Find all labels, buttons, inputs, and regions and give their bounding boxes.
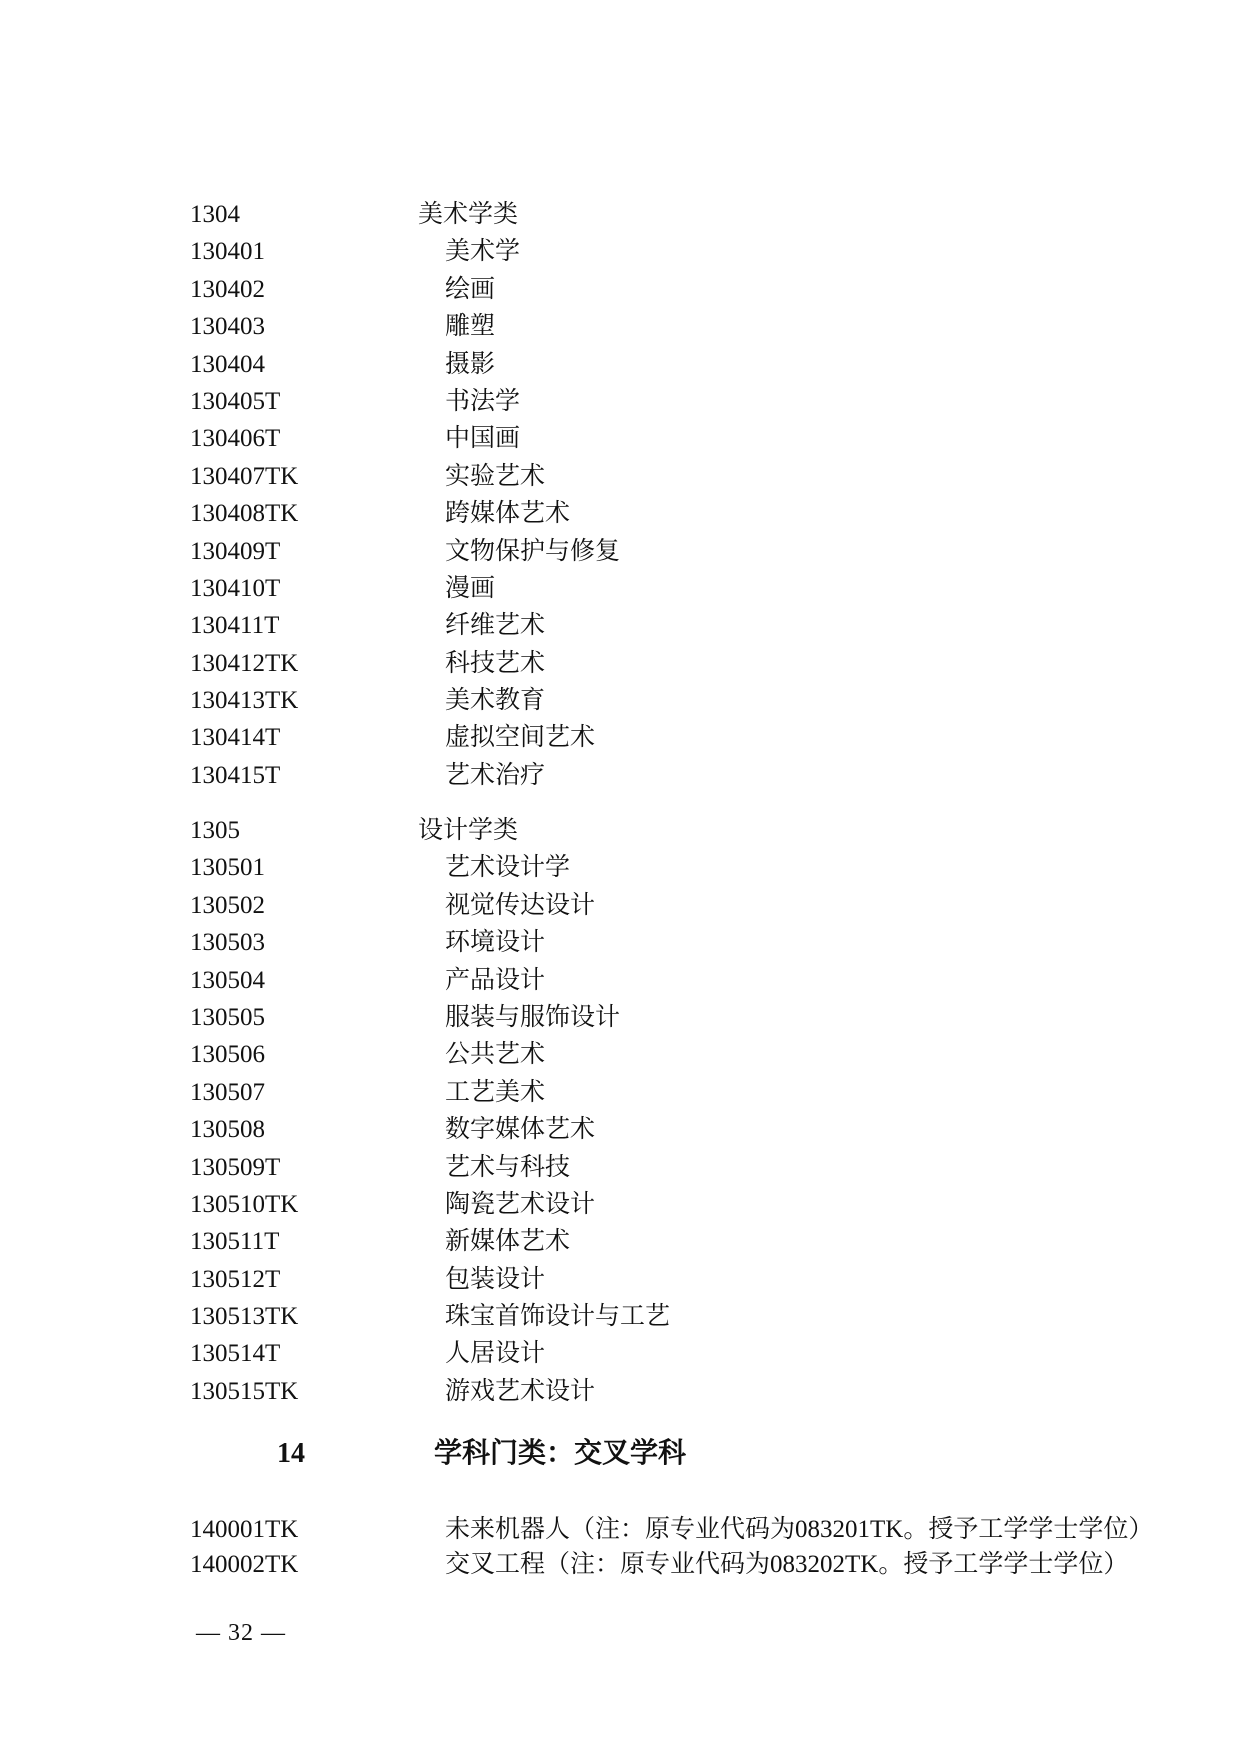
major-name: 产品设计 xyxy=(445,967,545,994)
major-name: 新媒体艺术 xyxy=(445,1228,570,1255)
major-category-section: 1305设计学类130501艺术设计学130502视觉传达设计130503环境设… xyxy=(0,812,1241,1410)
category-name: 设计学类 xyxy=(418,817,518,844)
major-code: 130406T xyxy=(190,420,445,457)
major-name: 未来机器人（注：原专业代码为083201TK。授予工学学士学位） xyxy=(445,1516,1153,1543)
major-code: 130509T xyxy=(190,1149,445,1186)
major-code: 130403 xyxy=(190,308,445,345)
major-row: 130413TK美术教育 xyxy=(0,682,1241,719)
major-code: 130404 xyxy=(190,346,445,383)
major-row: 130511T新媒体艺术 xyxy=(0,1223,1241,1260)
major-row: 130513TK珠宝首饰设计与工艺 xyxy=(0,1298,1241,1335)
major-name: 交叉工程（注：原专业代码为083202TK。授予工学学士学位） xyxy=(445,1551,1128,1578)
major-name: 纤维艺术 xyxy=(445,612,545,639)
major-row: 130504产品设计 xyxy=(0,962,1241,999)
major-code: 130411T xyxy=(190,607,445,644)
major-name: 公共艺术 xyxy=(445,1041,545,1068)
major-code: 130506 xyxy=(190,1036,445,1073)
major-row: 130404摄影 xyxy=(0,346,1241,383)
major-name: 书法学 xyxy=(445,388,520,415)
major-code: 130407TK xyxy=(190,458,445,495)
major-code: 130408TK xyxy=(190,495,445,532)
major-row: 130501艺术设计学 xyxy=(0,849,1241,886)
discipline-title: 学科门类：交叉学科 xyxy=(434,1438,686,1469)
major-code: 130515TK xyxy=(190,1373,445,1410)
major-row: 130409T文物保护与修复 xyxy=(0,533,1241,570)
major-code: 130504 xyxy=(190,962,445,999)
major-code: 130513TK xyxy=(190,1298,445,1335)
major-name: 文物保护与修复 xyxy=(445,538,620,565)
major-row: 130512T包装设计 xyxy=(0,1261,1241,1298)
major-code: 130502 xyxy=(190,887,445,924)
major-row: 130510TK陶瓷艺术设计 xyxy=(0,1186,1241,1223)
major-code: 130413TK xyxy=(190,682,445,719)
discipline-code: 14 xyxy=(277,1434,427,1474)
major-row: 130407TK实验艺术 xyxy=(0,458,1241,495)
major-code: 130508 xyxy=(190,1111,445,1148)
interdisciplinary-major-row: 140001TK未来机器人（注：原专业代码为083201TK。授予工学学士学位） xyxy=(0,1512,1241,1547)
major-name: 人居设计 xyxy=(445,1340,545,1367)
major-name: 服装与服饰设计 xyxy=(445,1004,620,1031)
major-row: 130509T艺术与科技 xyxy=(0,1149,1241,1186)
major-name: 科技艺术 xyxy=(445,650,545,677)
major-row: 130411T纤维艺术 xyxy=(0,607,1241,644)
major-name: 实验艺术 xyxy=(445,463,545,490)
major-code: 130507 xyxy=(190,1074,445,1111)
major-name: 摄影 xyxy=(445,351,495,378)
major-name: 雕塑 xyxy=(445,313,495,340)
category-code: 1305 xyxy=(190,812,418,849)
major-row: 130514T人居设计 xyxy=(0,1335,1241,1372)
major-code: 130514T xyxy=(190,1335,445,1372)
major-row: 130401美术学 xyxy=(0,233,1241,270)
major-code: 130512T xyxy=(190,1261,445,1298)
major-row: 130506公共艺术 xyxy=(0,1036,1241,1073)
major-code: 130402 xyxy=(190,271,445,308)
major-code: 130414T xyxy=(190,719,445,756)
major-row: 130507工艺美术 xyxy=(0,1074,1241,1111)
major-code: 130401 xyxy=(190,233,445,270)
major-name: 工艺美术 xyxy=(445,1079,545,1106)
major-code: 130405T xyxy=(190,383,445,420)
major-row: 130408TK跨媒体艺术 xyxy=(0,495,1241,532)
major-code: 130410T xyxy=(190,570,445,607)
major-row: 130505服装与服饰设计 xyxy=(0,999,1241,1036)
category-name: 美术学类 xyxy=(418,201,518,228)
category-row: 1304美术学类 xyxy=(0,196,1241,233)
major-name: 艺术与科技 xyxy=(445,1154,570,1181)
major-code: 130505 xyxy=(190,999,445,1036)
major-code: 140002TK xyxy=(190,1547,445,1582)
major-row: 130405T书法学 xyxy=(0,383,1241,420)
major-row: 130508数字媒体艺术 xyxy=(0,1111,1241,1148)
major-code: 130511T xyxy=(190,1223,445,1260)
category-code: 1304 xyxy=(190,196,418,233)
major-row: 130515TK游戏艺术设计 xyxy=(0,1373,1241,1410)
major-name: 艺术治疗 xyxy=(445,762,545,789)
major-code: 130503 xyxy=(190,924,445,961)
major-code: 130501 xyxy=(190,849,445,886)
major-name: 数字媒体艺术 xyxy=(445,1116,595,1143)
major-code: 130510TK xyxy=(190,1186,445,1223)
major-name: 包装设计 xyxy=(445,1266,545,1293)
major-row: 130502视觉传达设计 xyxy=(0,887,1241,924)
major-name: 环境设计 xyxy=(445,929,545,956)
major-category-section: 1304美术学类130401美术学130402绘画130403雕塑130404摄… xyxy=(0,196,1241,794)
major-name: 绘画 xyxy=(445,276,495,303)
major-code: 130415T xyxy=(190,757,445,794)
major-name: 虚拟空间艺术 xyxy=(445,724,595,751)
major-row: 130403雕塑 xyxy=(0,308,1241,345)
major-name: 游戏艺术设计 xyxy=(445,1378,595,1405)
major-row: 130406T中国画 xyxy=(0,420,1241,457)
major-code: 130409T xyxy=(190,533,445,570)
discipline-category-header: 14 学科门类：交叉学科 xyxy=(0,1434,1241,1474)
major-name: 跨媒体艺术 xyxy=(445,500,570,527)
major-row: 130402绘画 xyxy=(0,271,1241,308)
interdisciplinary-major-row: 140002TK交叉工程（注：原专业代码为083202TK。授予工学学士学位） xyxy=(0,1547,1241,1582)
major-row: 130415T艺术治疗 xyxy=(0,757,1241,794)
major-row: 130412TK科技艺术 xyxy=(0,645,1241,682)
major-name: 漫画 xyxy=(445,575,495,602)
major-name: 视觉传达设计 xyxy=(445,892,595,919)
major-row: 130410T漫画 xyxy=(0,570,1241,607)
major-code: 140001TK xyxy=(190,1512,445,1547)
interdisciplinary-major-list: 140001TK未来机器人（注：原专业代码为083201TK。授予工学学士学位）… xyxy=(0,1512,1241,1583)
major-name: 珠宝首饰设计与工艺 xyxy=(445,1303,670,1330)
major-name: 陶瓷艺术设计 xyxy=(445,1191,595,1218)
major-code: 130412TK xyxy=(190,645,445,682)
major-name: 艺术设计学 xyxy=(445,854,570,881)
page-number: — 32 — xyxy=(196,1620,286,1647)
major-name: 中国画 xyxy=(445,425,520,452)
major-name: 美术教育 xyxy=(445,687,545,714)
category-row: 1305设计学类 xyxy=(0,812,1241,849)
major-row: 130414T虚拟空间艺术 xyxy=(0,719,1241,756)
major-name: 美术学 xyxy=(445,238,520,265)
major-row: 130503环境设计 xyxy=(0,924,1241,961)
